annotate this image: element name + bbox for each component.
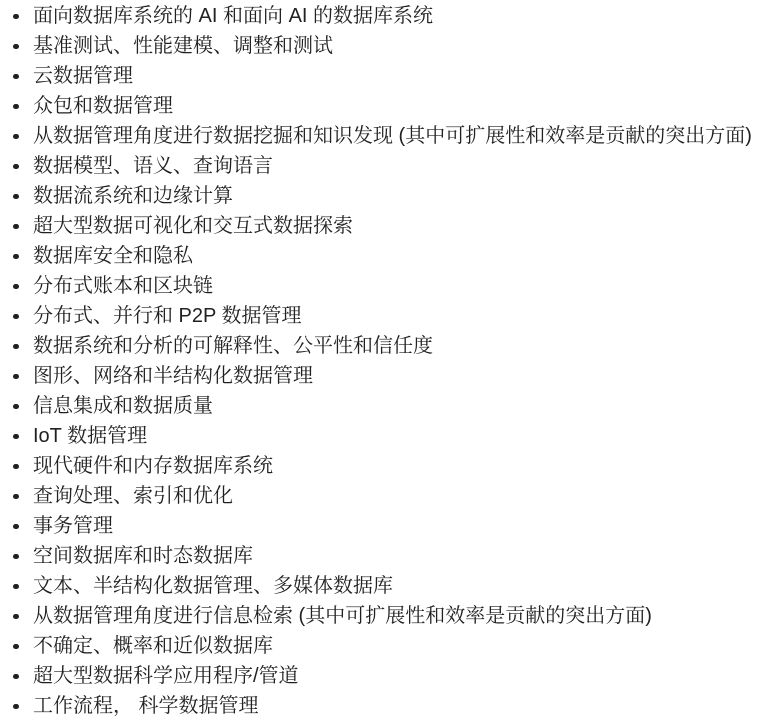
list-item-text: 超大型数据科学应用程序/管道	[33, 665, 299, 687]
bullet-icon	[13, 134, 19, 140]
list-item-text: 众包和数据管理	[33, 95, 173, 117]
bullet-icon	[13, 644, 19, 650]
list-item-text: 图形、网络和半结构化数据管理	[33, 365, 313, 387]
bullet-icon	[13, 524, 19, 530]
list-item-text: 信息集成和数据质量	[33, 395, 213, 417]
list-item-text: 数据系统和分析的可解释性、公平性和信任度	[33, 335, 433, 357]
bullet-icon	[13, 464, 19, 470]
list-item-text: 数据库安全和隐私	[33, 245, 193, 267]
bullet-icon	[13, 224, 19, 230]
list-item-text: 不确定、概率和近似数据库	[33, 635, 273, 657]
list-item: 查询处理、索引和优化	[0, 481, 771, 511]
bullet-icon	[13, 614, 19, 620]
bullet-icon	[13, 404, 19, 410]
list-item: 图形、网络和半结构化数据管理	[0, 361, 771, 391]
list-item-text: IoT 数据管理	[33, 425, 147, 447]
list-item: 数据流系统和边缘计算	[0, 181, 771, 211]
list-item: IoT 数据管理	[0, 421, 771, 451]
list-item-text: 超大型数据可视化和交互式数据探索	[33, 215, 353, 237]
list-item-text: 云数据管理	[33, 65, 133, 87]
bullet-icon	[13, 344, 19, 350]
list-item: 超大型数据科学应用程序/管道	[0, 661, 771, 691]
bullet-icon	[13, 194, 19, 200]
bullet-icon	[13, 374, 19, 380]
bullet-icon	[13, 674, 19, 680]
list-item-text: 工作流程， 科学数据管理	[33, 695, 259, 717]
list-item: 数据系统和分析的可解释性、公平性和信任度	[0, 331, 771, 361]
list-item-text: 面向数据库系统的 AI 和面向 AI 的数据库系统	[33, 5, 433, 27]
bullet-icon	[13, 164, 19, 170]
list-item-text: 文本、半结构化数据管理、多媒体数据库	[33, 575, 393, 597]
bullet-icon	[13, 494, 19, 500]
list-item: 云数据管理	[0, 61, 771, 91]
list-item: 从数据管理角度进行信息检索 (其中可扩展性和效率是贡献的突出方面)	[0, 601, 771, 631]
list-item-text: 空间数据库和时态数据库	[33, 545, 253, 567]
bullet-icon	[13, 44, 19, 50]
bullet-icon	[13, 704, 19, 710]
list-item: 众包和数据管理	[0, 91, 771, 121]
list-item-text: 从数据管理角度进行数据挖掘和知识发现 (其中可扩展性和效率是贡献的突出方面)	[33, 125, 752, 147]
list-item-text: 分布式、并行和 P2P 数据管理	[33, 305, 302, 327]
bullet-icon	[13, 314, 19, 320]
list-item: 不确定、概率和近似数据库	[0, 631, 771, 661]
topics-list: 面向数据库系统的 AI 和面向 AI 的数据库系统 基准测试、性能建模、调整和测…	[0, 0, 771, 721]
list-item: 分布式账本和区块链	[0, 271, 771, 301]
bullet-icon	[13, 104, 19, 110]
list-item: 分布式、并行和 P2P 数据管理	[0, 301, 771, 331]
list-item: 信息集成和数据质量	[0, 391, 771, 421]
list-item-text: 现代硬件和内存数据库系统	[33, 455, 273, 477]
bullet-icon	[13, 284, 19, 290]
list-item: 事务管理	[0, 511, 771, 541]
bullet-icon	[13, 74, 19, 80]
bullet-icon	[13, 14, 19, 20]
document: 面向数据库系统的 AI 和面向 AI 的数据库系统 基准测试、性能建模、调整和测…	[0, 0, 771, 721]
list-item-text: 基准测试、性能建模、调整和测试	[33, 35, 333, 57]
list-item: 超大型数据可视化和交互式数据探索	[0, 211, 771, 241]
list-item: 从数据管理角度进行数据挖掘和知识发现 (其中可扩展性和效率是贡献的突出方面)	[0, 121, 771, 151]
list-item-text: 分布式账本和区块链	[33, 275, 213, 297]
list-item: 工作流程， 科学数据管理	[0, 691, 771, 721]
list-item: 空间数据库和时态数据库	[0, 541, 771, 571]
list-item: 数据库安全和隐私	[0, 241, 771, 271]
list-item-text: 数据模型、语义、查询语言	[33, 155, 273, 177]
list-item: 现代硬件和内存数据库系统	[0, 451, 771, 481]
list-item: 数据模型、语义、查询语言	[0, 151, 771, 181]
bullet-icon	[13, 254, 19, 260]
bullet-icon	[13, 584, 19, 590]
bullet-icon	[13, 434, 19, 440]
list-item-text: 从数据管理角度进行信息检索 (其中可扩展性和效率是贡献的突出方面)	[33, 605, 652, 627]
list-item: 基准测试、性能建模、调整和测试	[0, 31, 771, 61]
list-item-text: 查询处理、索引和优化	[33, 485, 233, 507]
list-item-text: 事务管理	[33, 515, 113, 537]
list-item: 文本、半结构化数据管理、多媒体数据库	[0, 571, 771, 601]
list-item-text: 数据流系统和边缘计算	[33, 185, 233, 207]
list-item: 面向数据库系统的 AI 和面向 AI 的数据库系统	[0, 1, 771, 31]
bullet-icon	[13, 554, 19, 560]
